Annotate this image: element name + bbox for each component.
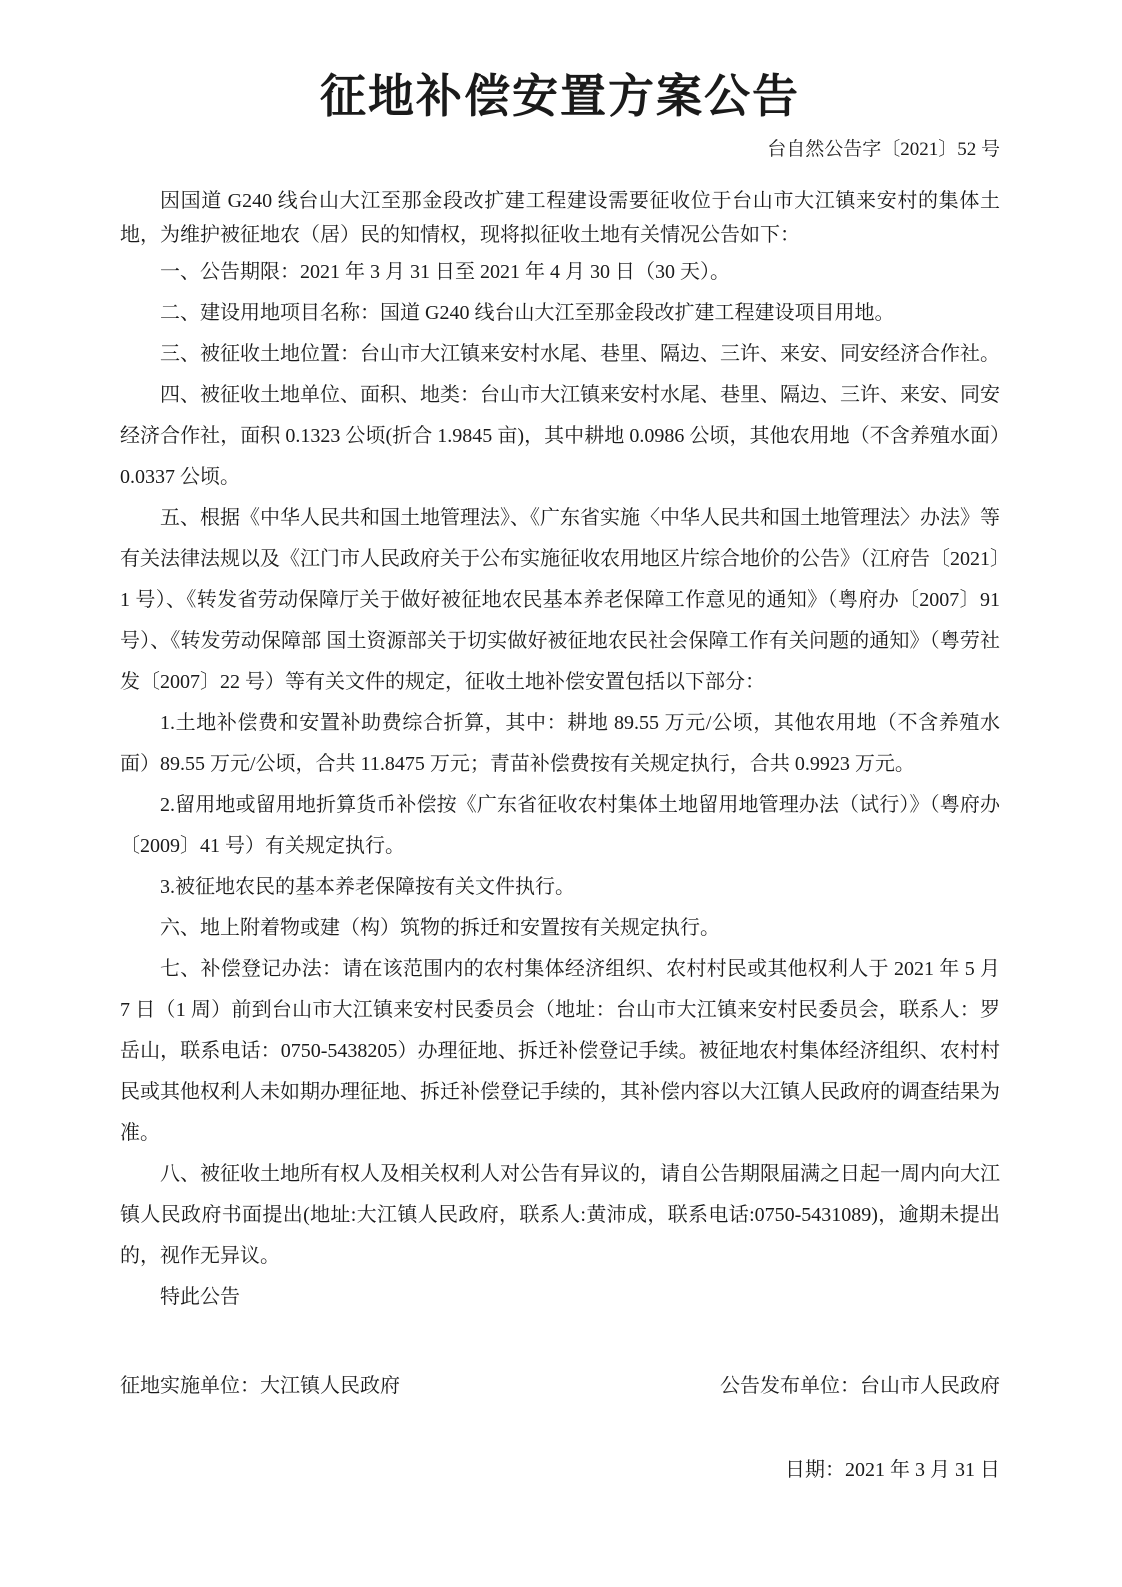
implementing-unit: 征地实施单位：大江镇人民政府: [120, 1372, 400, 1400]
announcement-page: 征地补偿安置方案公告 台自然公告字〔2021〕52 号 因国道 G240 线台山…: [0, 0, 1122, 1587]
signature-row: 征地实施单位：大江镇人民政府 公告发布单位：台山市人民政府: [120, 1372, 1000, 1400]
body-paragraph: 1.土地补偿费和安置补助费综合折算，其中：耕地 89.55 万元/公顷，其他农用…: [120, 703, 1000, 785]
body-paragraph: 2.留用地或留用地折算货币补偿按《广东省征收农村集体土地留用地管理办法（试行）》…: [120, 785, 1000, 867]
body-paragraph: 三、被征收土地位置：台山市大江镇来安村水尾、巷里、隔边、三许、来安、同安经济合作…: [120, 334, 1000, 375]
document-number: 台自然公告字〔2021〕52 号: [120, 138, 1000, 162]
publishing-unit: 公告发布单位：台山市人民政府: [720, 1372, 1000, 1400]
body-paragraph: 七、补偿登记办法：请在该范围内的农村集体经济组织、农村村民或其他权利人于 202…: [120, 949, 1000, 1154]
document-body: 因国道 G240 线台山大江至那金段改扩建工程建设需要征收位于台山市大江镇来安村…: [120, 184, 1000, 1318]
body-paragraph: 六、地上附着物或建（构）筑物的拆迁和安置按有关规定执行。: [120, 908, 1000, 949]
body-paragraphs: 一、公告期限：2021 年 3 月 31 日至 2021 年 4 月 30 日（…: [120, 252, 1000, 1318]
body-paragraph: 八、被征收土地所有权人及相关权利人对公告有异议的，请自公告期限届满之日起一周内向…: [120, 1154, 1000, 1277]
body-paragraph: 3.被征地农民的基本养老保障按有关文件执行。: [120, 867, 1000, 908]
body-paragraph: 四、被征收土地单位、面积、地类：台山市大江镇来安村水尾、巷里、隔边、三许、来安、…: [120, 375, 1000, 498]
body-paragraph: 一、公告期限：2021 年 3 月 31 日至 2021 年 4 月 30 日（…: [120, 252, 1000, 293]
body-paragraph: 特此公告: [120, 1277, 1000, 1318]
page-title: 征地补偿安置方案公告: [120, 68, 1000, 126]
date-line: 日期：2021 年 3 月 31 日: [120, 1456, 1000, 1484]
announcement-date: 日期：2021 年 3 月 31 日: [785, 1459, 1000, 1481]
body-paragraph: 二、建设用地项目名称：国道 G240 线台山大江至那金段改扩建工程建设项目用地。: [120, 293, 1000, 334]
intro-paragraph: 因国道 G240 线台山大江至那金段改扩建工程建设需要征收位于台山市大江镇来安村…: [120, 184, 1000, 252]
body-paragraph: 五、根据《中华人民共和国土地管理法》、《广东省实施〈中华人民共和国土地管理法〉办…: [120, 498, 1000, 703]
